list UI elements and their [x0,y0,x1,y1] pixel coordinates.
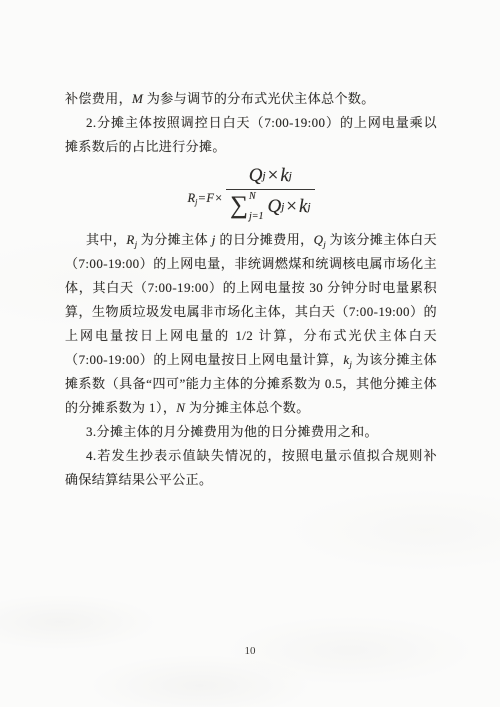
text-line: 上网电量按日上网电量的 1/2 计算，分布式光伏主体白天 [65,324,437,348]
text-segment: 的分摊系数为 1）， [65,400,176,415]
fraction: Qj×kj∑Nj=1Qj×kj [226,165,314,222]
text-segment: Q [249,165,263,187]
page-number: 10 [0,645,500,657]
formula: Rj=F×Qj×kj∑Nj=1Qj×kj [65,163,437,223]
summation-limits: Nj=1 [249,192,264,222]
text-line: 3.分摊主体的月分摊费用为他的日分摊费用之和。 [65,420,437,444]
text-segment: N [176,400,185,415]
text-segment: j [307,201,310,213]
text-line: 摊系数（具备“四可”能力主体的分摊系数为 0.5，其他分摊主体 [65,372,437,396]
summation: ∑Nj=1 [230,192,263,222]
text-segment: 确保结算结果公平公正。 [65,472,212,487]
text-line: 2.分摊主体按照调控日白天（7:00-19:00）的上网电量乘以分 [65,111,437,135]
text-segment: 为参与调节的分布式光伏主体总个数。 [143,91,374,106]
text-segment: × [214,191,223,205]
text-segment: Q [267,196,281,218]
text-segment: 为分摊主体 [137,232,212,247]
sigma-symbol: ∑ [230,195,248,218]
text-segment: 2.分摊主体按照调控日白天（7:00-19:00）的上网电量乘以分 [86,115,437,135]
text-segment: 摊系数后的占比进行分摊。 [65,139,226,154]
text-line: 4.若发生抄表示值缺失情况的，按照电量示值拟合规则补全， [65,444,437,468]
text-segment: 上网电量按日上网电量的 1/2 计算，分布式光伏主体白天 [65,328,437,343]
text-segment: 为该分摊主体白天 [326,232,437,247]
text-line: （7:00-19:00）的上网电量，非统调燃煤和统调核电属市场化主 [65,252,437,276]
text-line: 体，其白天（7:00-19:00）的上网电量按 30 分钟分时电量累积计 [65,276,437,300]
text-segment: R [126,232,134,247]
formula-lhs: Rj=F× [187,191,223,207]
text-line: （7:00-19:00）的上网电量按日上网电量计算，kj 为该分摊主体分 [65,348,437,372]
text-segment: 的日分摊费用， [216,232,314,247]
text-line: 摊系数后的占比进行分摊。 [65,135,437,159]
text-segment: 摊系数（具备“四可”能力主体的分摊系数为 0.5，其他分摊主体 [65,376,437,391]
text-line: 其中，Rj 为分摊主体 j 的日分摊费用，Qj 为该分摊主体白天 [65,228,437,252]
text-segment: R [187,191,195,205]
text-segment: F [206,191,214,205]
text-line: 的分摊系数为 1），N 为分摊主体总个数。 [65,396,437,420]
text-segment: × [284,196,299,218]
text-segment: = [197,191,206,205]
text-segment: Q [314,232,324,247]
text-segment: 补偿费用， [65,91,132,106]
text-segment: 体，其白天（7:00-19:00）的上网电量按 30 分钟分时电量累积计 [65,280,437,300]
text-segment: k [280,165,288,187]
text-segment: 为分摊主体总个数。 [185,400,309,415]
summation-upper-limit: N [249,192,256,202]
text-line: 补偿费用，M 为参与调节的分布式光伏主体总个数。 [65,87,437,111]
summation-lower-limit: j=1 [249,212,264,222]
text-flow: 补偿费用，M 为参与调节的分布式光伏主体总个数。2.分摊主体按照调控日白天（7:… [65,87,437,492]
text-line: 确保结算结果公平公正。 [65,468,437,492]
text-segment: （7:00-19:00）的上网电量按日上网电量计算， [65,352,343,367]
text-segment: × [266,165,281,187]
text-segment: （7:00-19:00）的上网电量，非统调燃煤和统调核电属市场化主 [65,256,437,271]
text-segment: 4.若发生抄表示值缺失情况的，按照电量示值拟合规则补全， [86,448,437,468]
text-segment: M [132,91,143,106]
text-segment: 3.分摊主体的月分摊费用为他的日分摊费用之和。 [86,424,378,439]
text-segment: 算，生物质垃圾发电属非市场化主体，其白天（7:00-19:00）的 [65,304,437,319]
document-page: 补偿费用，M 为参与调节的分布式光伏主体总个数。2.分摊主体按照调控日白天（7:… [0,0,500,707]
text-line: 算，生物质垃圾发电属非市场化主体，其白天（7:00-19:00）的 [65,300,437,324]
text-segment: 其中， [86,232,126,247]
text-segment: j [289,170,292,182]
fraction-numerator: Qj×kj [245,165,296,189]
fraction-denominator: ∑Nj=1Qj×kj [226,189,314,222]
